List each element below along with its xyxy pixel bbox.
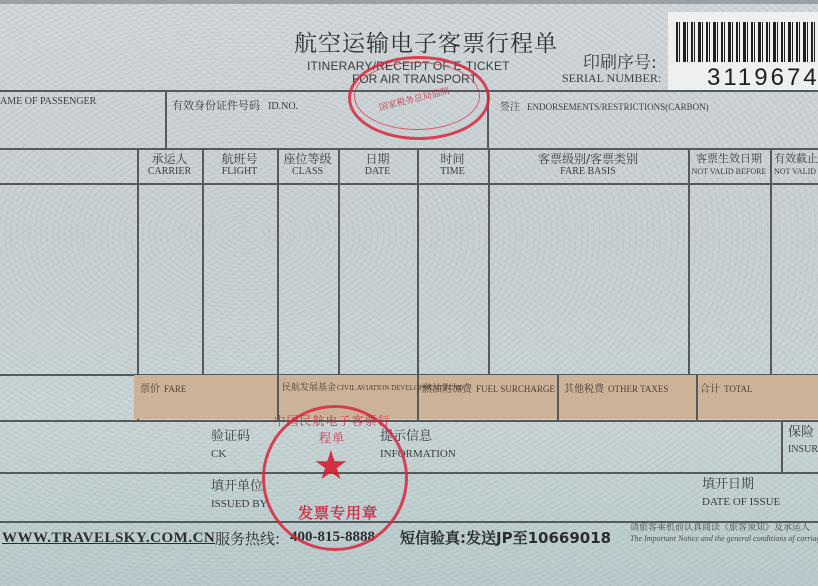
fee-fare-cn: 票价: [140, 384, 160, 395]
fee-total-en: TOTAL: [724, 384, 753, 394]
id-number-label-cn: 有效身份证件号码: [172, 99, 260, 112]
not-valid-after-cn: 有效截止: [774, 152, 818, 166]
column-header-carrier: 承运人 CARRIER: [137, 152, 202, 178]
barcode-icon: [676, 22, 818, 62]
serial-label-cn: 印刷序号:: [583, 48, 657, 73]
issued-by-label-en: ISSUED BY: [211, 496, 268, 512]
fee-total-cn: 合计: [700, 384, 720, 395]
hotline-label: 服务热线:: [215, 528, 280, 549]
divider: [338, 148, 340, 374]
divider: [688, 148, 690, 374]
flight-cn: 航班号: [202, 152, 277, 166]
endorsements-label-en: ENDORSEMENTS/RESTRICTIONS(CARBON): [527, 102, 709, 112]
serial-number: 3119674: [707, 64, 818, 92]
fee-fuel-cn: 燃油附加费: [422, 384, 472, 395]
sms-verify-text: 短信验真:发送JP至10669018: [400, 527, 611, 548]
travelsky-link[interactable]: WWW.TRAVELSKY.COM.CN: [2, 530, 215, 547]
column-header-time: 时间 TIME: [417, 152, 488, 178]
issued-by-field: 填开单位 ISSUED BY: [211, 478, 268, 512]
class-en: CLASS: [277, 166, 338, 178]
passenger-name-label: AME OF PASSENGER: [0, 96, 96, 107]
paper-top-edge: [0, 0, 818, 4]
ck-label-cn: 验证码: [211, 428, 250, 446]
carrier-cn: 承运人: [137, 152, 202, 166]
divider: [165, 90, 167, 148]
fee-fuel-en: FUEL SURCHARGE: [476, 384, 555, 394]
not-valid-before-en: NOT VALID BEFORE: [688, 166, 770, 178]
id-number-label: 有效身份证件号码 ID.NO.: [172, 94, 298, 113]
insurance-label-en: INSUR: [788, 442, 818, 458]
divider: [696, 374, 698, 420]
fee-other-taxes-label: 其他税费OTHER TAXES: [564, 380, 668, 395]
class-cn: 座位等级: [277, 152, 338, 166]
fee-dev-fund-cn: 民航发展基金: [282, 383, 336, 393]
column-header-not-valid-before: 客票生效日期 NOT VALID BEFORE: [688, 152, 770, 178]
divider: [202, 148, 204, 374]
date-en: DATE: [338, 166, 417, 178]
column-header-date: 日期 DATE: [338, 152, 417, 178]
not-valid-after-en: NOT VALID: [774, 166, 818, 178]
divider: [0, 472, 818, 474]
fee-fare-label: 票价FARE: [140, 380, 186, 395]
notice-cn: 请旅客乘机前认真阅读《旅客须知》及承运人: [630, 520, 810, 533]
divider: [770, 148, 772, 374]
time-en: TIME: [417, 166, 488, 178]
invoice-seal-bottom-text: 发票专用章: [298, 502, 378, 523]
fee-other-taxes-en: OTHER TAXES: [608, 384, 668, 394]
ck-label-en: CK: [211, 446, 250, 462]
divider: [781, 420, 783, 472]
issued-by-label-cn: 填开单位: [211, 478, 268, 496]
not-valid-before-cn: 客票生效日期: [688, 152, 770, 166]
fee-fare-en: FARE: [164, 384, 186, 394]
date-of-issue-field: 填开日期 DATE OF ISSUE: [702, 476, 780, 510]
insurance-field: 保险 INSUR: [788, 424, 818, 458]
star-icon: ★: [313, 446, 349, 486]
divider: [0, 183, 818, 185]
column-header-class: 座位等级 CLASS: [277, 152, 338, 178]
serial-label-en: SERIAL NUMBER:: [562, 71, 661, 86]
date-cn: 日期: [338, 152, 417, 166]
endorsements-label-cn: 签注: [500, 102, 520, 113]
date-of-issue-label-cn: 填开日期: [702, 476, 780, 494]
document-title: 航空运输电子客票行程单: [294, 25, 558, 58]
fare-basis-en: FARE BASIS: [488, 166, 688, 178]
column-header-not-valid-after: 有效截止 NOT VALID: [770, 152, 818, 178]
column-header-flight: 航班号 FLIGHT: [202, 152, 277, 178]
divider: [557, 374, 559, 420]
flight-en: FLIGHT: [202, 166, 277, 178]
fee-other-taxes-cn: 其他税费: [564, 384, 604, 395]
endorsements-label: 签注 ENDORSEMENTS/RESTRICTIONS(CARBON): [500, 95, 709, 114]
carrier-en: CARRIER: [137, 166, 202, 178]
date-of-issue-label-en: DATE OF ISSUE: [702, 494, 780, 510]
divider: [488, 148, 490, 374]
column-header-fare-basis: 客票级别/客票类别 FARE BASIS: [488, 152, 688, 178]
divider: [0, 420, 818, 422]
fee-total-label: 合计TOTAL: [700, 380, 753, 395]
fare-basis-cn: 客票级别/客票类别: [488, 152, 688, 166]
fee-fuel-label: 燃油附加费FUEL SURCHARGE: [422, 380, 555, 395]
notice-en: The Important Notice and the general con…: [630, 534, 818, 543]
invoice-seal-ring-text: 中国民航电子客票行程单: [268, 412, 396, 446]
divider: [0, 148, 818, 150]
insurance-label-cn: 保险: [788, 424, 818, 442]
time-cn: 时间: [417, 152, 488, 166]
ck-field: 验证码 CK: [211, 428, 250, 462]
id-number-label-en: ID.NO.: [268, 101, 298, 112]
